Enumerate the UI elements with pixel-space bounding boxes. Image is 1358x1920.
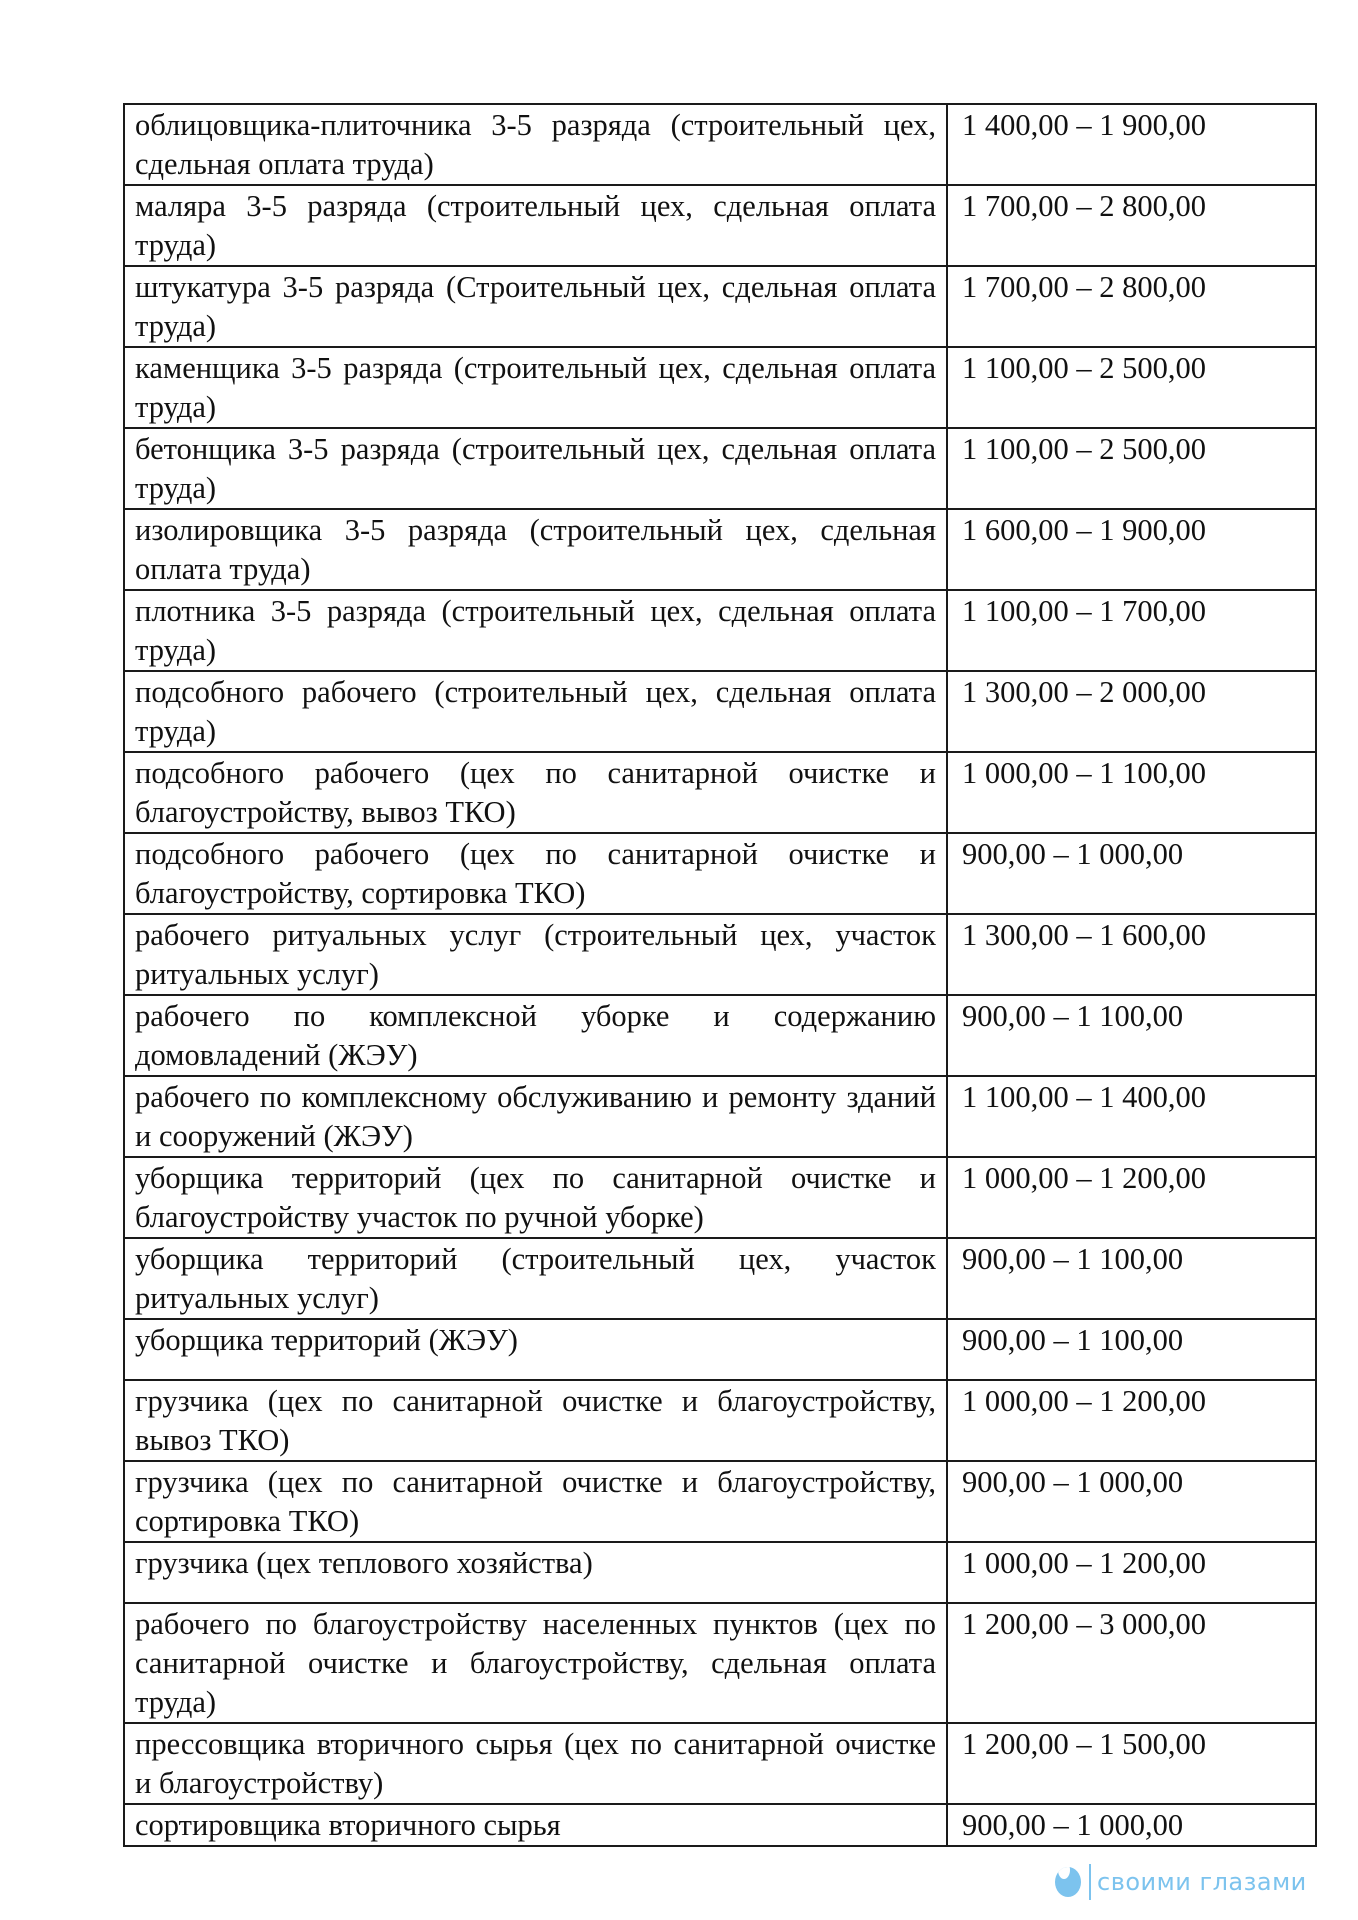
- rate-cell: 900,00 – 1 100,00: [947, 1238, 1316, 1319]
- table-row: плотника 3-5 разряда (строительный цех, …: [124, 590, 1316, 671]
- rate-cell: 1 000,00 – 1 200,00: [947, 1157, 1316, 1238]
- table-row: подсобного рабочего (цех по санитарной о…: [124, 833, 1316, 914]
- rate-cell: 900,00 – 1 100,00: [947, 1319, 1316, 1380]
- position-cell: рабочего по благоустройству населенных п…: [124, 1603, 947, 1723]
- position-cell: рабочего по комплексному обслуживанию и …: [124, 1076, 947, 1157]
- eye-drop-logo-icon: [1055, 1867, 1081, 1897]
- table-row: грузчика (цех по санитарной очистке и бл…: [124, 1461, 1316, 1542]
- rate-cell: 900,00 – 1 000,00: [947, 833, 1316, 914]
- rate-cell: 1 000,00 – 1 200,00: [947, 1542, 1316, 1603]
- table-row: прессовщика вторичного сырья (цех по сан…: [124, 1723, 1316, 1804]
- position-cell: уборщика территорий (строительный цех, у…: [124, 1238, 947, 1319]
- table-row: уборщика территорий (строительный цех, у…: [124, 1238, 1316, 1319]
- rate-cell: 1 100,00 – 2 500,00: [947, 428, 1316, 509]
- position-cell: подсобного рабочего (цех по санитарной о…: [124, 752, 947, 833]
- position-cell: каменщика 3-5 разряда (строительный цех,…: [124, 347, 947, 428]
- position-cell: грузчика (цех теплового хозяйства): [124, 1542, 947, 1603]
- table-row: облицовщика-плиточника 3-5 разряда (стро…: [124, 104, 1316, 185]
- rate-cell: 1 200,00 – 3 000,00: [947, 1603, 1316, 1723]
- rate-cell: 900,00 – 1 000,00: [947, 1804, 1316, 1846]
- position-cell: изолировщика 3-5 разряда (строительный ц…: [124, 509, 947, 590]
- table-row: подсобного рабочего (строительный цех, с…: [124, 671, 1316, 752]
- table-row: рабочего по благоустройству населенных п…: [124, 1603, 1316, 1723]
- table-row: рабочего ритуальных услуг (строительный …: [124, 914, 1316, 995]
- position-cell: рабочего по комплексной уборке и содержа…: [124, 995, 947, 1076]
- position-cell: подсобного рабочего (строительный цех, с…: [124, 671, 947, 752]
- table-body: облицовщика-плиточника 3-5 разряда (стро…: [124, 104, 1316, 1846]
- wage-rates-table: облицовщика-плиточника 3-5 разряда (стро…: [123, 103, 1317, 1847]
- position-cell: грузчика (цех по санитарной очистке и бл…: [124, 1380, 947, 1461]
- table-row: каменщика 3-5 разряда (строительный цех,…: [124, 347, 1316, 428]
- rate-cell: 1 000,00 – 1 200,00: [947, 1380, 1316, 1461]
- position-cell: грузчика (цех по санитарной очистке и бл…: [124, 1461, 947, 1542]
- rate-cell: 1 700,00 – 2 800,00: [947, 266, 1316, 347]
- rate-cell: 1 600,00 – 1 900,00: [947, 509, 1316, 590]
- rate-cell: 1 300,00 – 2 000,00: [947, 671, 1316, 752]
- position-cell: подсобного рабочего (цех по санитарной о…: [124, 833, 947, 914]
- position-cell: маляра 3-5 разряда (строительный цех, сд…: [124, 185, 947, 266]
- position-cell: уборщика территорий (цех по санитарной о…: [124, 1157, 947, 1238]
- divider: [1089, 1864, 1091, 1900]
- watermark-text: своими глазами: [1097, 1868, 1307, 1896]
- table-row: рабочего по комплексной уборке и содержа…: [124, 995, 1316, 1076]
- position-cell: штукатура 3-5 разряда (Строительный цех,…: [124, 266, 947, 347]
- position-cell: сортировщика вторичного сырья: [124, 1804, 947, 1846]
- rate-cell: 1 100,00 – 1 400,00: [947, 1076, 1316, 1157]
- table-row: сортировщика вторичного сырья900,00 – 1 …: [124, 1804, 1316, 1846]
- table-row: изолировщика 3-5 разряда (строительный ц…: [124, 509, 1316, 590]
- rate-cell: 1 400,00 – 1 900,00: [947, 104, 1316, 185]
- position-cell: плотника 3-5 разряда (строительный цех, …: [124, 590, 947, 671]
- table-row: грузчика (цех по санитарной очистке и бл…: [124, 1380, 1316, 1461]
- table-row: бетонщика 3-5 разряда (строительный цех,…: [124, 428, 1316, 509]
- rate-cell: 900,00 – 1 000,00: [947, 1461, 1316, 1542]
- watermark: своими глазами: [1055, 1862, 1307, 1902]
- rate-cell: 1 200,00 – 1 500,00: [947, 1723, 1316, 1804]
- position-cell: рабочего ритуальных услуг (строительный …: [124, 914, 947, 995]
- position-cell: бетонщика 3-5 разряда (строительный цех,…: [124, 428, 947, 509]
- table-row: уборщика территорий (цех по санитарной о…: [124, 1157, 1316, 1238]
- position-cell: облицовщика-плиточника 3-5 разряда (стро…: [124, 104, 947, 185]
- table-row: уборщика территорий (ЖЭУ)900,00 – 1 100,…: [124, 1319, 1316, 1380]
- rate-cell: 1 100,00 – 1 700,00: [947, 590, 1316, 671]
- table-row: штукатура 3-5 разряда (Строительный цех,…: [124, 266, 1316, 347]
- table-row: подсобного рабочего (цех по санитарной о…: [124, 752, 1316, 833]
- table-row: грузчика (цех теплового хозяйства)1 000,…: [124, 1542, 1316, 1603]
- rate-cell: 900,00 – 1 100,00: [947, 995, 1316, 1076]
- rate-cell: 1 700,00 – 2 800,00: [947, 185, 1316, 266]
- table-row: рабочего по комплексному обслуживанию и …: [124, 1076, 1316, 1157]
- rate-cell: 1 100,00 – 2 500,00: [947, 347, 1316, 428]
- rate-cell: 1 300,00 – 1 600,00: [947, 914, 1316, 995]
- rate-cell: 1 000,00 – 1 100,00: [947, 752, 1316, 833]
- table-row: маляра 3-5 разряда (строительный цех, сд…: [124, 185, 1316, 266]
- position-cell: уборщика территорий (ЖЭУ): [124, 1319, 947, 1380]
- position-cell: прессовщика вторичного сырья (цех по сан…: [124, 1723, 947, 1804]
